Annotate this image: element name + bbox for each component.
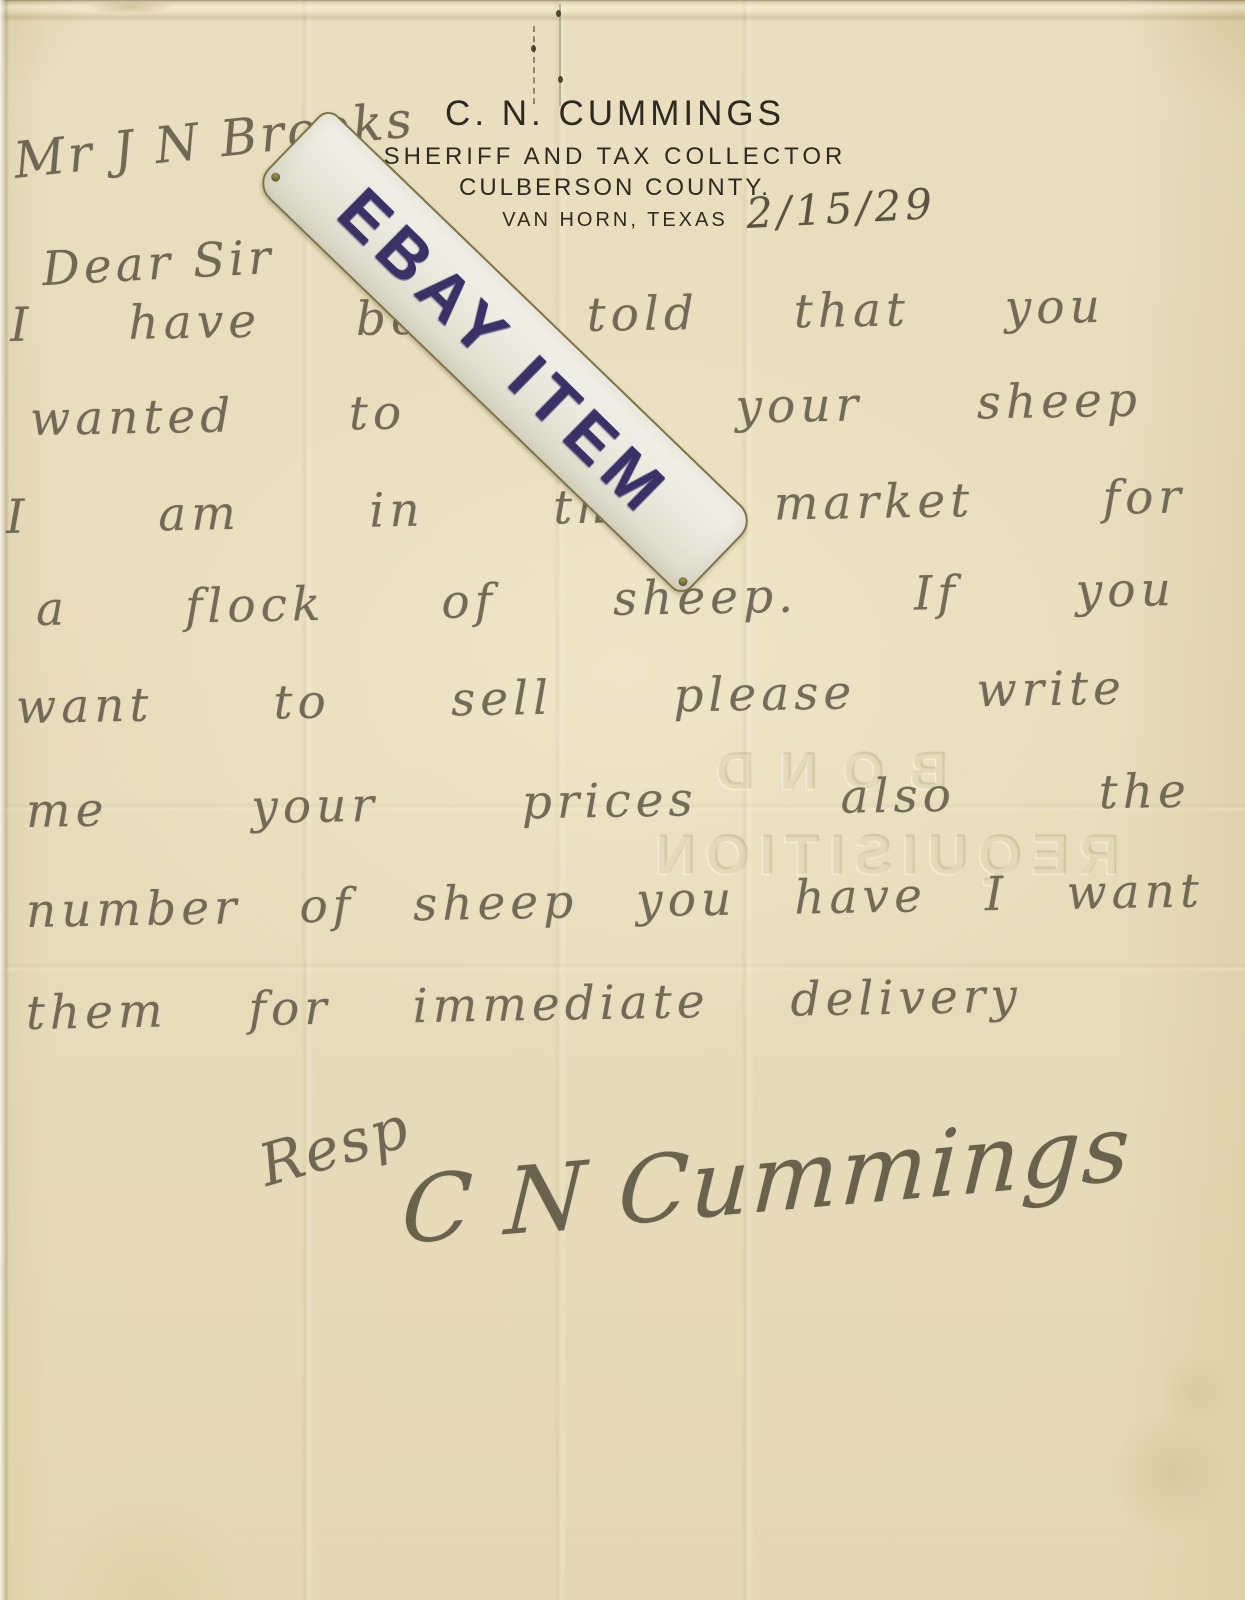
body-line: number of sheep you have I want [26, 863, 1205, 939]
handwritten-date: 2/15/29 [745, 179, 937, 238]
signature: C N Cummings [399, 1094, 1134, 1266]
scan-left-edge [0, 0, 9, 1600]
paper-stain [85, 0, 175, 14]
pin-hole [269, 171, 282, 184]
body-line: them for immediate delivery [26, 969, 1023, 1041]
closing-line: Resp [252, 1092, 418, 1200]
horizontal-crease [0, 962, 1245, 972]
staple-mark [559, 4, 561, 106]
pin-hole [677, 575, 690, 588]
scanned-letter-page: BOND REQUISITION C. N. CUMMINGS SHERIFF … [0, 0, 1245, 1600]
staple-mark [533, 26, 535, 104]
body-line: a flock of sheep. If you [36, 562, 1177, 637]
ink-speck [558, 76, 563, 83]
ink-speck [556, 10, 561, 17]
salutation-line: Dear Sir [41, 230, 276, 297]
body-line: want to sell please write [16, 661, 1127, 735]
top-fold-crease [0, 0, 1245, 22]
ink-speck [531, 45, 536, 52]
